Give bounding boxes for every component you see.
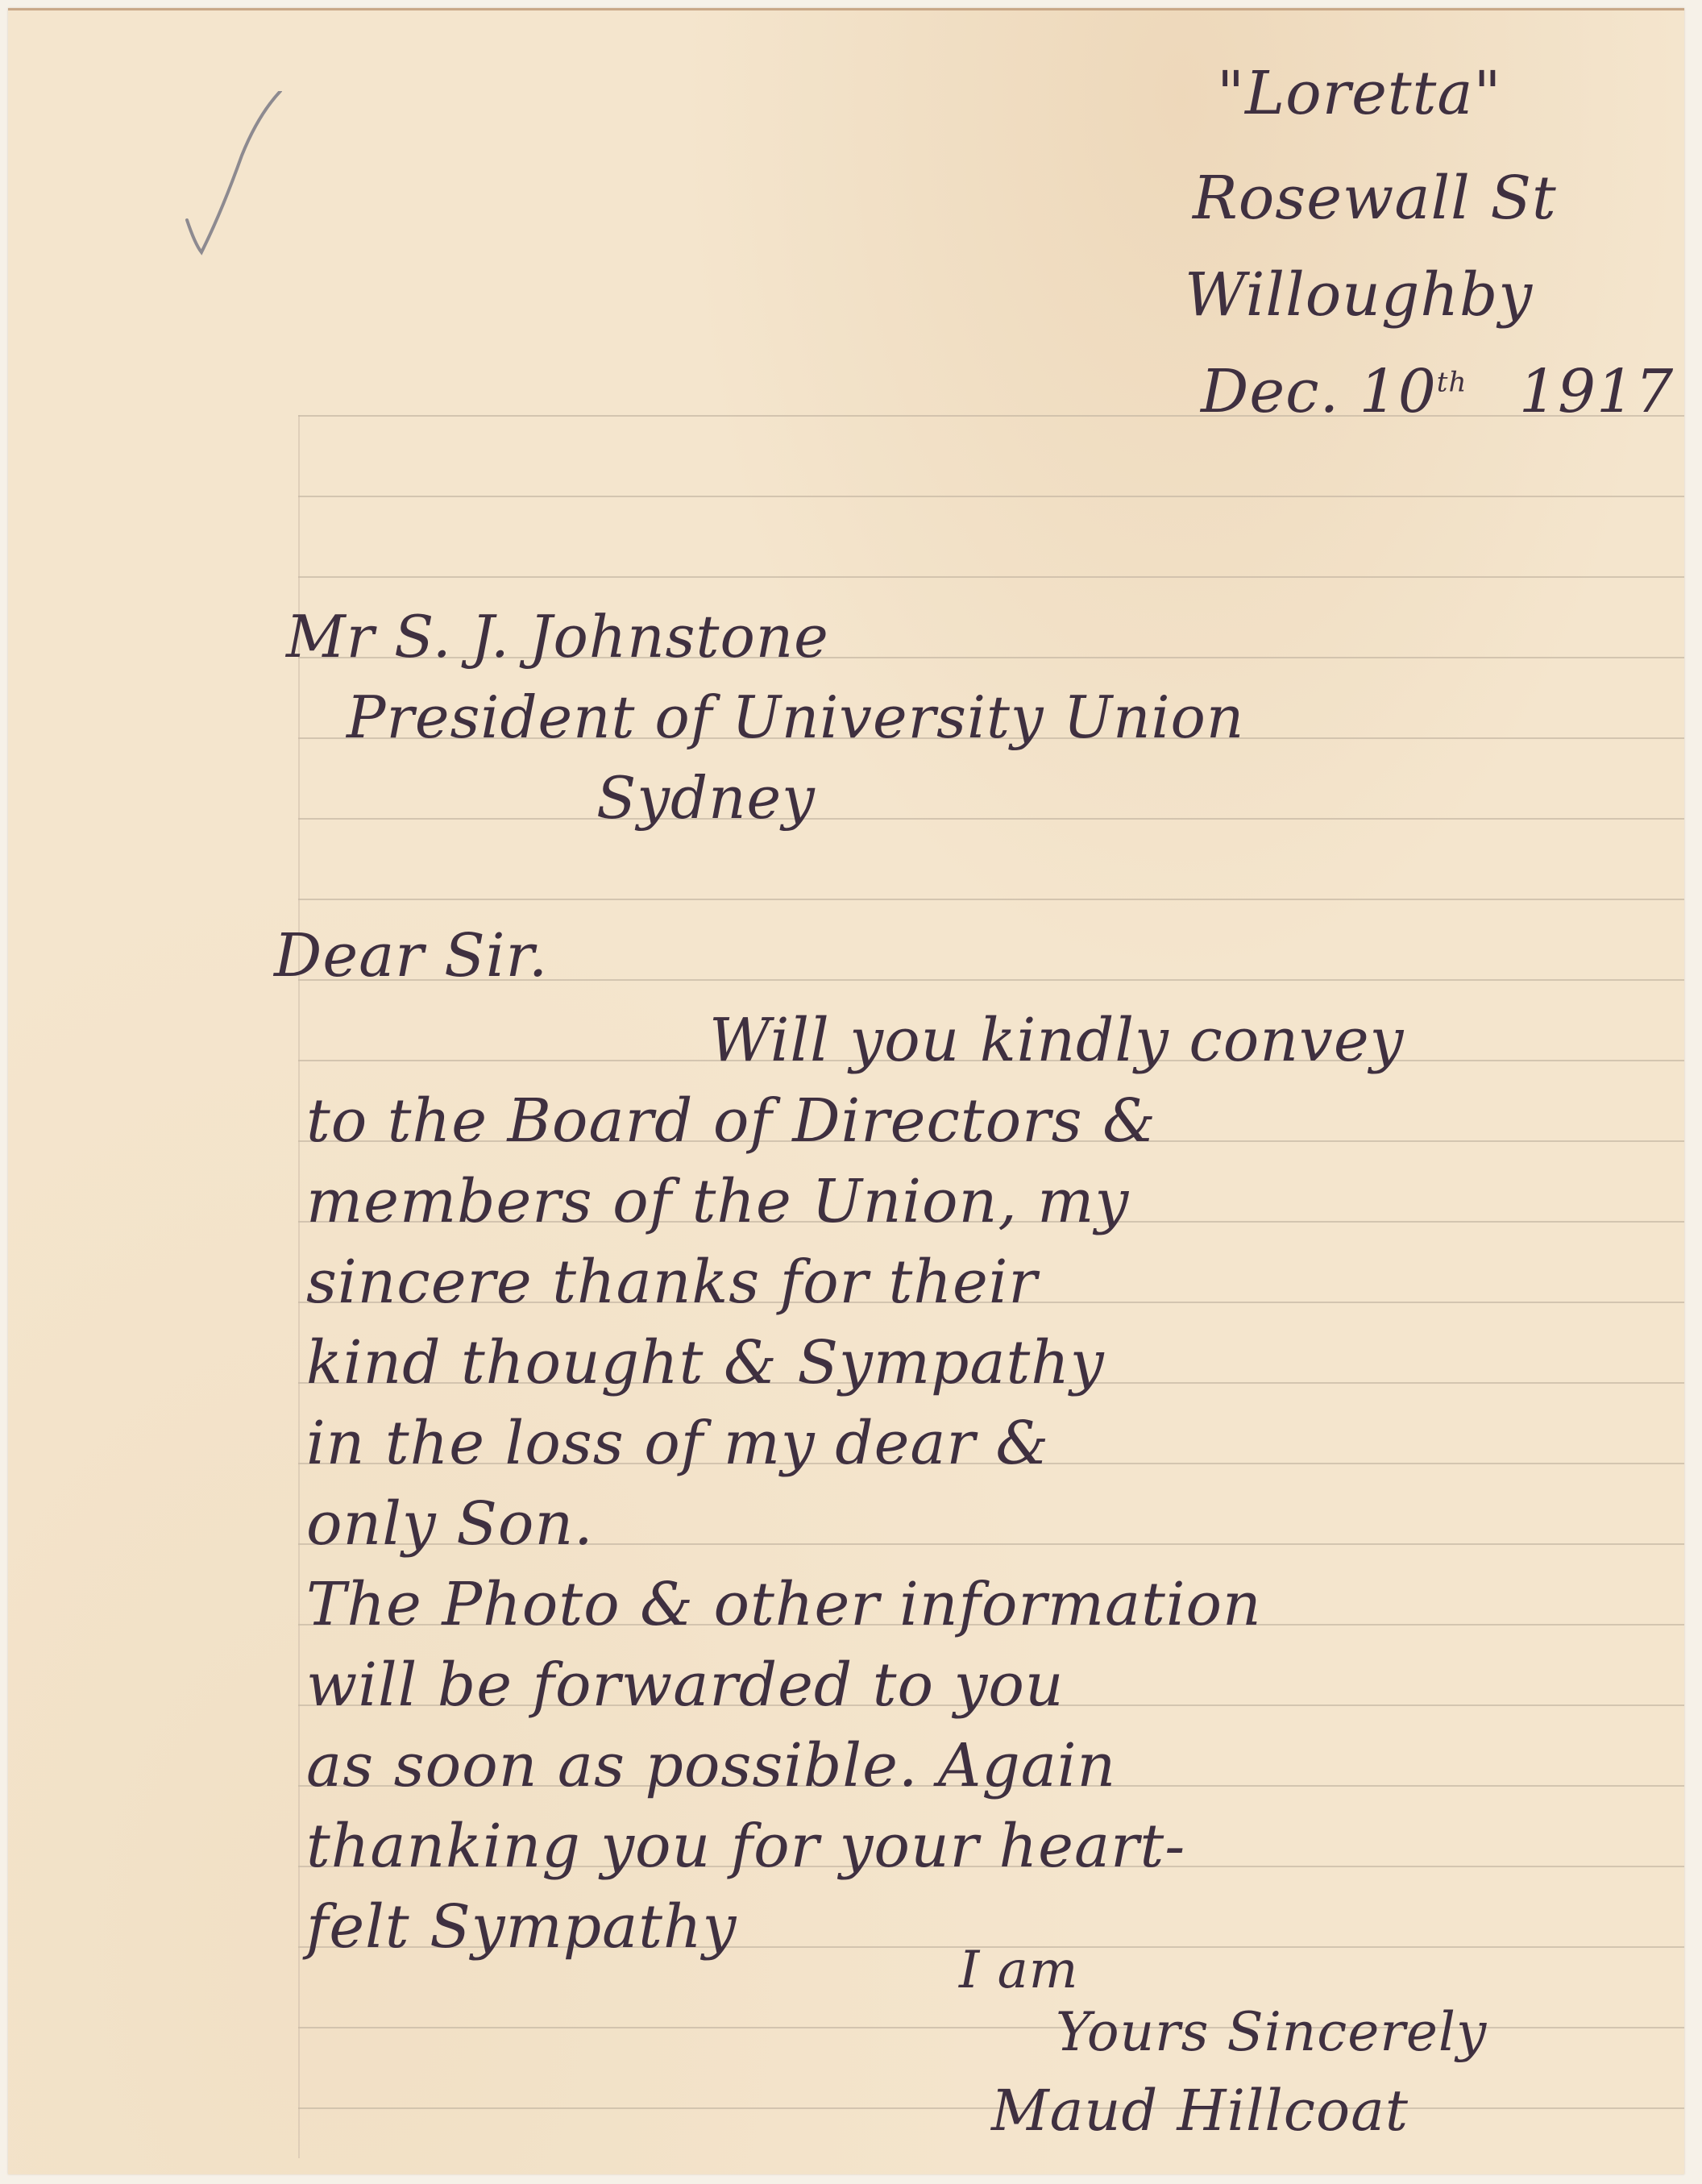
street: Rosewall St [1193, 164, 1557, 233]
body-line: will be forwarded to you [306, 1650, 1065, 1720]
body-line: The Photo & other information [306, 1570, 1262, 1639]
body-line: felt Sympathy [306, 1892, 737, 1962]
date-year: 1917 [1519, 357, 1674, 426]
closing-line-2: Yours Sincerely [1056, 2001, 1487, 2063]
body-line: to the Board of Directors & [306, 1086, 1156, 1156]
closing-line-1: I am [959, 1941, 1078, 2000]
body-line: thanking you for your heart- [306, 1812, 1185, 1881]
date: Dec. 10th 1917 [1201, 357, 1674, 426]
letter-paper: "Loretta" Rosewall St Willoughby Dec. 10… [8, 8, 1684, 2174]
check-mark-icon [177, 91, 290, 260]
suburb: Willoughby [1185, 260, 1533, 330]
recipient-title: President of University Union [347, 683, 1244, 751]
date-suffix: th [1437, 366, 1467, 398]
body-line: members of the Union, my [306, 1167, 1129, 1236]
body-line: as soon as possible. Again [306, 1731, 1116, 1800]
body-line: only Son. [306, 1489, 594, 1559]
recipient-name: Mr S. J. Johnstone [286, 603, 829, 671]
salutation: Dear Sir. [274, 921, 548, 990]
body-line: Will you kindly convey [709, 1006, 1404, 1075]
signature: Maud Hillcoat [991, 2078, 1409, 2144]
date-day: Dec. 10 [1201, 357, 1437, 426]
body-line: kind thought & Sympathy [306, 1328, 1105, 1397]
house-name: "Loretta" [1217, 59, 1502, 128]
body-line: sincere thanks for their [306, 1248, 1038, 1317]
recipient-city: Sydney [596, 764, 816, 832]
body-line: in the loss of my dear & [306, 1409, 1049, 1478]
